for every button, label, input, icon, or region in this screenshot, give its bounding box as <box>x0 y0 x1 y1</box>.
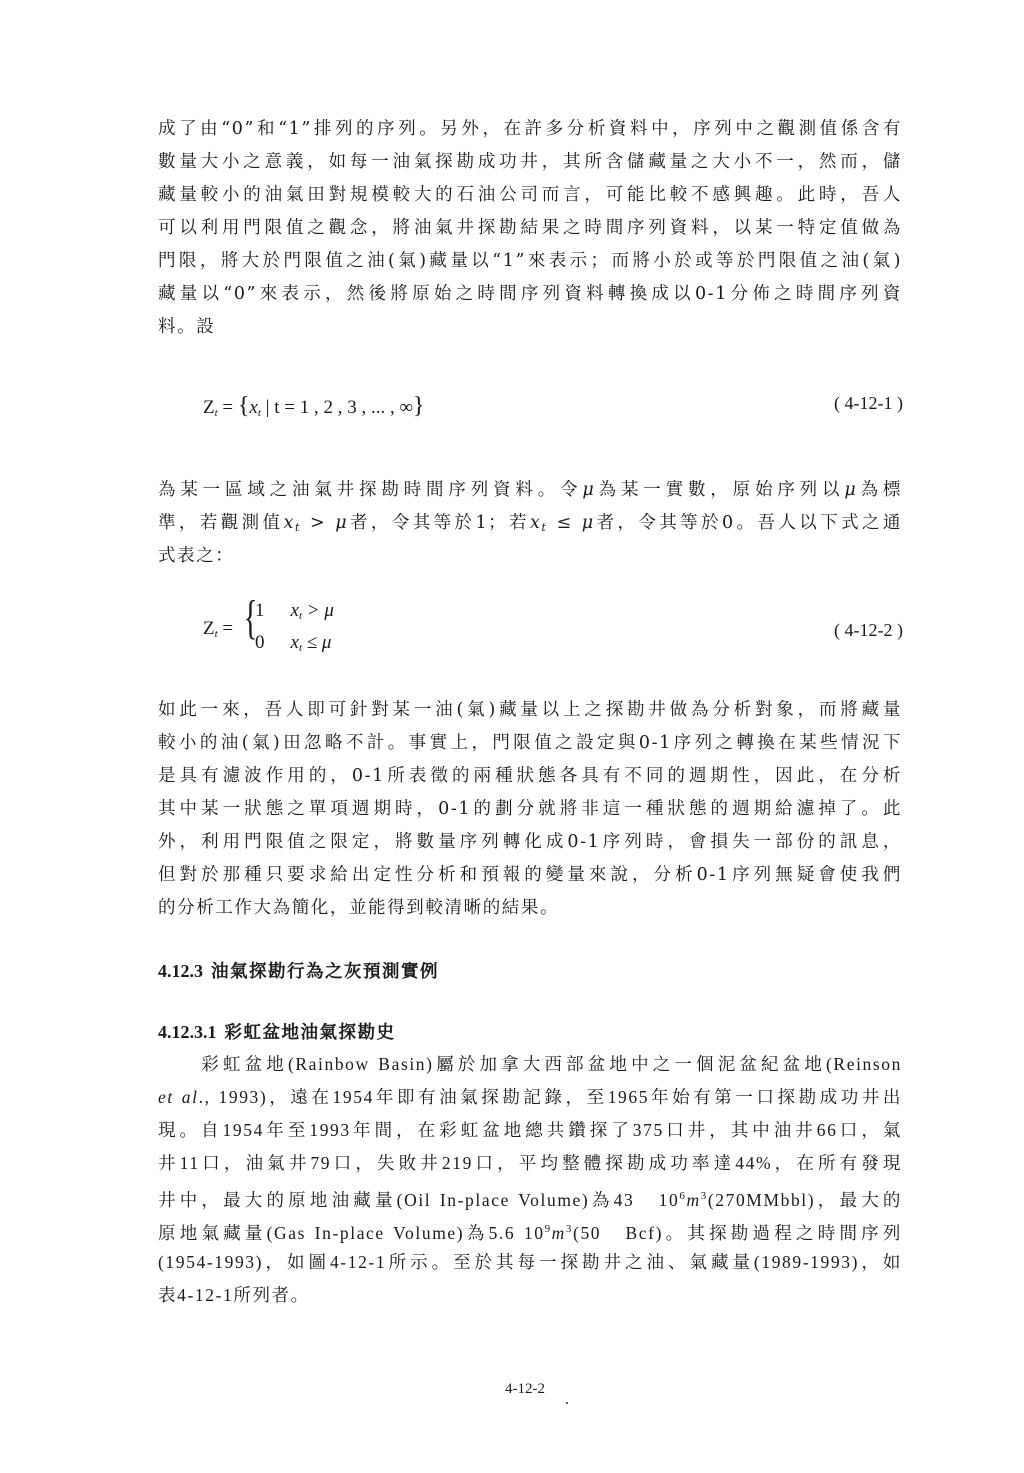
paragraph-filtering: 如此一來，吾人即可針對某一油(氣)藏量以上之探勘井做為分析對象，而將藏量 較小的… <box>158 694 902 925</box>
case-less-equal: 0xt ≤ μ <box>255 632 331 654</box>
text-line: 表4-12-1所列者。 <box>158 1279 902 1312</box>
text-line: 井中，最大的原地油藏量(Oil In-place Volume)為43 106m… <box>158 1180 902 1213</box>
text-line: 現。自1954年至1993年間，在彩虹盆地總共鑽探了375口井，其中油井66口，… <box>158 1114 902 1147</box>
text-line: 成了由“0”和“1”排列的序列。另外，在許多分析資料中，序列中之觀測值係含有 <box>158 113 902 146</box>
text-line: 是具有濾波作用的，0-1所表徵的兩種狀態各具有不同的週期性，因此，在分析 <box>158 760 902 793</box>
text-line: 可以利用門限值之觀念，將油氣井探勘結果之時間序列資料，以某一特定值做為 <box>158 212 902 245</box>
text-line: 外，利用門限值之限定，將數量序列轉化成0-1序列時，會損失一部份的訊息， <box>158 826 902 859</box>
text-line: 式表之： <box>158 540 902 573</box>
case-greater: 1xt > μ <box>255 600 334 622</box>
text-line: 的分析工作大為簡化，並能得到較清晰的結果。 <box>158 892 902 925</box>
scan-speck <box>566 1402 568 1404</box>
text-line: 數量大小之意義，如每一油氣探勘成功井，其所含儲藏量之大小不一，然而，儲 <box>158 146 902 179</box>
paragraph-rainbow-basin: 彩虹盆地(Rainbow Basin)屬於加拿大西部盆地中之一個泥盆紀盆地(Re… <box>158 1048 902 1312</box>
text-line: (1954-1993)，如圖4-12-1所示。至於其每一探勘井之油、氣藏量(19… <box>158 1246 902 1279</box>
paragraph-threshold-intro: 成了由“0”和“1”排列的序列。另外，在許多分析資料中，序列中之觀測值係含有 數… <box>158 113 902 344</box>
paragraph-definition: 為某一區域之油氣井探勘時間序列資料。令μ為某一實數，原始序列以μ為標 準，若觀測… <box>158 474 902 573</box>
text-line: 藏量以“0”來表示，然後將原始之時間序列資料轉換成以0-1分佈之時間序列資 <box>158 278 902 311</box>
text-line: 為某一區域之油氣井探勘時間序列資料。令μ為某一實數，原始序列以μ為標 <box>158 474 902 507</box>
text-line: 井11口，油氣井79口，失敗井219口，平均整體探勘成功率達44%，在所有發現 <box>158 1147 902 1180</box>
text-line: 料。設 <box>158 311 902 344</box>
text-line: 原地氣藏量(Gas In-place Volume)為5.6 109m3(50 … <box>158 1213 902 1246</box>
text-line: 門限，將大於門限值之油(氣)藏量以“1”來表示；而將小於或等於門限值之油(氣) <box>158 245 902 278</box>
text-line: 彩虹盆地(Rainbow Basin)屬於加拿大西部盆地中之一個泥盆紀盆地(Re… <box>158 1048 902 1081</box>
text-line: 但對於那種只要求給出定性分析和預報的變量來說，分析0-1序列無疑會使我們 <box>158 859 902 892</box>
equation-number: ( 4-12-1 ) <box>834 393 903 414</box>
text-line: et al., 1993)，遠在1954年即有油氣探勘記錄，至1965年始有第一… <box>158 1081 902 1114</box>
document-page: 成了由“0”和“1”排列的序列。另外，在許多分析資料中，序列中之觀測值係含有 數… <box>0 0 1024 1473</box>
equation-number: ( 4-12-2 ) <box>834 620 903 641</box>
text-line: 其中某一狀態之單項週期時，0-1的劃分就將非這一種狀態的週期給濾掉了。此 <box>158 793 902 826</box>
equation-4-12-1: Zt = {xt | t = 1 , 2 , 3 , ... , ∞} ( 4-… <box>203 393 903 433</box>
section-heading: 4.12.3油氣探勘行為之灰預測實例 <box>158 958 439 983</box>
subsection-heading: 4.12.3.1彩虹盆地油氣探勘史 <box>158 1019 396 1044</box>
text-line: 準，若觀測值xt > μ者，令其等於1；若xt ≤ μ者，令其等於0。吾人以下式… <box>158 507 902 540</box>
text-line: 如此一來，吾人即可針對某一油(氣)藏量以上之探勘井做為分析對象，而將藏量 <box>158 694 902 727</box>
text-line: 藏量較小的油氣田對規模較大的石油公司而言，可能比較不感興趣。此時，吾人 <box>158 179 902 212</box>
page-number: 4-12-2 <box>505 1381 545 1398</box>
equation-body: Zt = {xt | t = 1 , 2 , 3 , ... , ∞} <box>203 393 425 420</box>
equation-4-12-2: Zt = { 1xt > μ 0xt ≤ μ ( 4-12-2 ) <box>203 600 903 660</box>
text-line: 較小的油(氣)田忽略不計。事實上，門限值之設定與0-1序列之轉換在某些情況下 <box>158 727 902 760</box>
